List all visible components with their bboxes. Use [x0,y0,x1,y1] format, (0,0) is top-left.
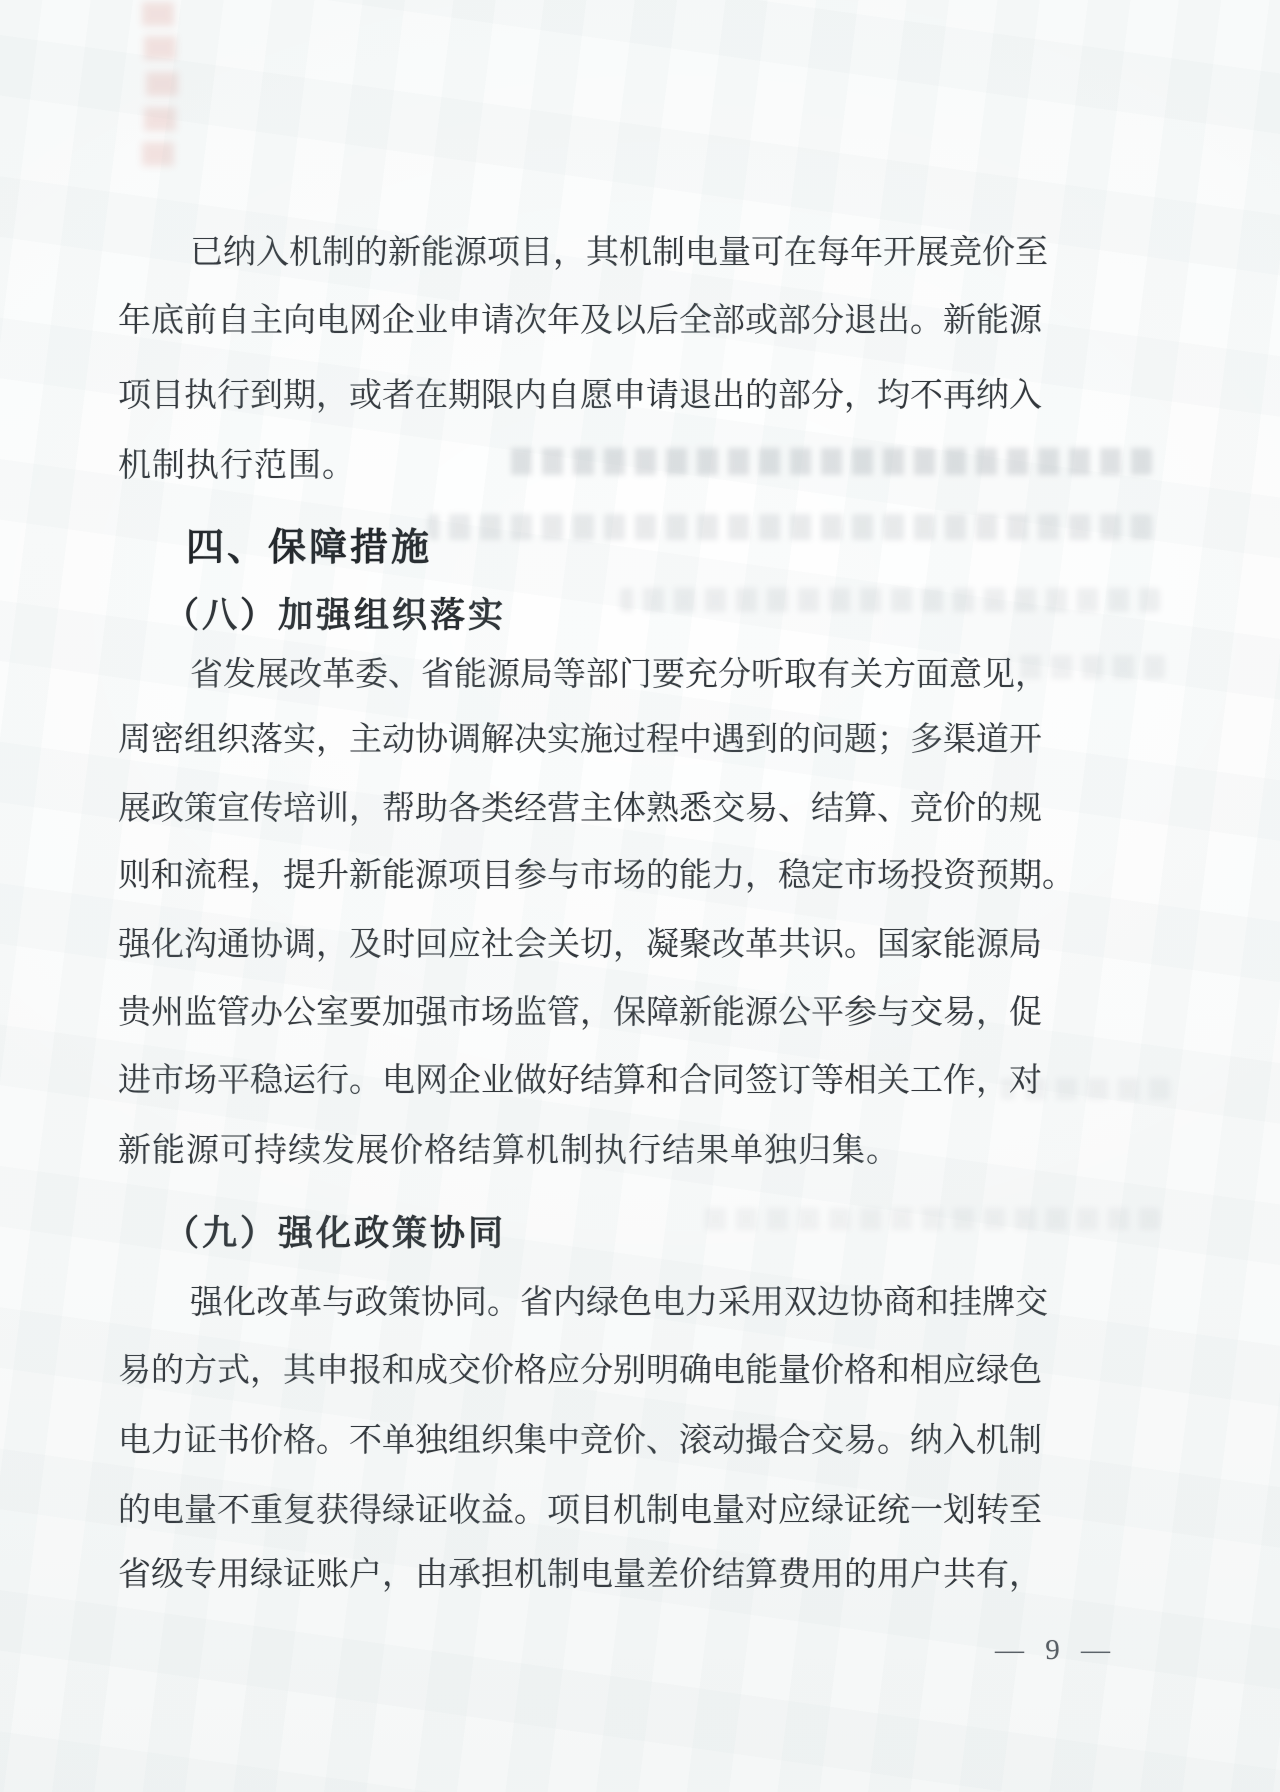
paragraph-line: 易的方式，其申报和成交价格应分别明确电能量价格和相应绿色 [118,1351,986,1392]
paragraph-line: 强化改革与政策协同。省内绿色电力采用双边协商和挂牌交 [118,1283,986,1324]
paragraph-line: 新能源可持续发展价格结算机制执行结果单独归集。 [118,1131,900,1172]
red-ink-bleed-artifact [144,107,176,131]
paragraph-line: 省级专用绿证账户，由承担机制电量差价结算费用的用户共有， [118,1555,986,1596]
section-heading: 四、保障措施 [186,516,432,571]
paragraph-line: 年底前自主向电网企业申请次年及以后全部或部分退出。新能源 [118,301,986,342]
paragraph-line: 项目执行到期，或者在期限内自愿申请退出的部分，均不再纳入 [118,376,986,417]
paragraph-line: 省发展改革委、省能源局等部门要充分听取有关方面意见， [118,655,986,696]
paragraph-line: 则和流程，提升新能源项目参与市场的能力，稳定市场投资预期。 [118,856,986,897]
subsection-heading-8: （八）加强组织落实 [164,588,506,638]
paragraph-line: 进市场平稳运行。电网企业做好结算和合同签订等相关工作，对 [118,1061,986,1102]
paragraph-line: 展政策宣传培训，帮助各类经营主体熟悉交易、结算、竞价的规 [118,789,986,830]
paragraph-line: 周密组织落实，主动协调解决实施过程中遇到的问题；多渠道开 [118,720,986,761]
red-ink-bleed-artifact [144,36,176,60]
paragraph-line: 强化沟通协调，及时回应社会关切，凝聚改革共识。国家能源局 [118,925,986,966]
bleed-through-artifact [700,1208,1160,1230]
paragraph-line: 电力证书价格。不单独组织集中竞价、滚动撮合交易。纳入机制 [118,1421,986,1462]
paragraph-line: 贵州监管办公室要加强市场监管，保障新能源公平参与交易，促 [118,993,986,1034]
bleed-through-artifact [502,448,1152,475]
paragraph-line: 机制执行范围。 [118,446,356,487]
red-ink-bleed-artifact [142,142,174,166]
subsection-heading-9: （九）强化政策协同 [164,1206,506,1256]
bleed-through-artifact [620,588,1160,612]
page-number: — 9 — [995,1634,1117,1667]
red-ink-bleed-artifact [146,72,178,96]
paragraph-line: 已纳入机制的新能源项目，其机制电量可在每年开展竞价至 [118,233,986,274]
red-ink-bleed-artifact [142,2,174,26]
document-page: 已纳入机制的新能源项目，其机制电量可在每年开展竞价至 年底前自主向电网企业申请次… [0,0,1280,1792]
paragraph-line: 的电量不重复获得绿证收益。项目机制电量对应绿证统一划转至 [118,1491,986,1532]
bleed-through-artifact [428,514,1152,540]
